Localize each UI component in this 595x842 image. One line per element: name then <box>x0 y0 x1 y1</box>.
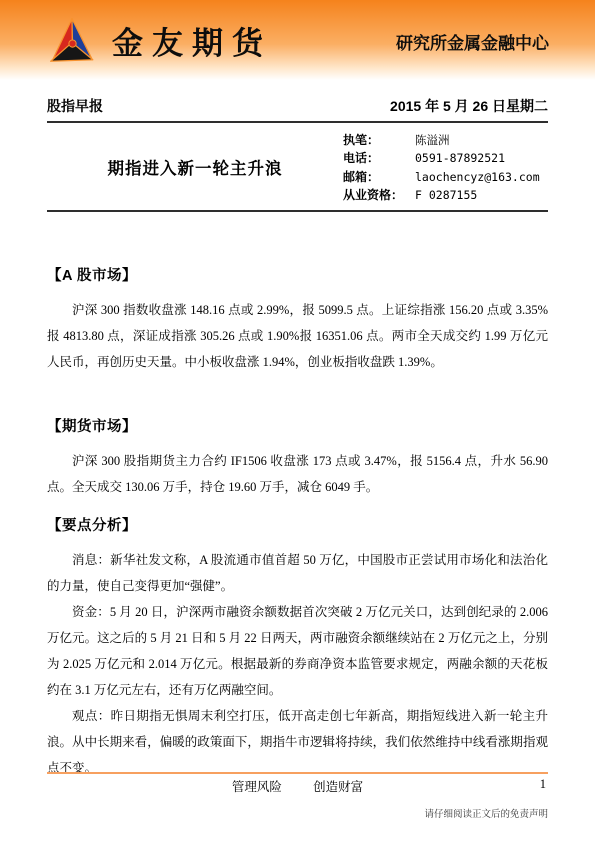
page-footer: 管理风险创造财富 1 请仔细阅读正文后的免责声明 <box>47 772 548 820</box>
license-value: F 0287155 <box>415 187 477 203</box>
author-value: 陈溢洲 <box>415 132 450 148</box>
footer-motto: 管理风险创造财富 <box>47 777 548 795</box>
section-heading-a-share: 【A 股市场】 <box>47 264 548 285</box>
author-label: 执笔： <box>343 132 405 148</box>
report-date: 2015 年 5 月 26 日星期二 <box>390 96 548 116</box>
license-label: 从业资格： <box>343 187 405 203</box>
department-name: 研究所金属金融中心 <box>396 29 549 54</box>
section-futures-market: 【期货市场】 沪深 300 股指期货主力合约 IF1506 收盘涨 173 点或… <box>47 415 548 500</box>
author-row: 执笔： 陈溢洲 <box>343 132 548 148</box>
phone-row: 电话： 0591-87892521 <box>343 150 548 166</box>
email-row: 邮箱： laochencyz@163.com <box>343 169 548 185</box>
phone-label: 电话： <box>343 150 405 166</box>
analysis-news-paragraph: 消息：新华社发文称，A 股流通市值首超 50 万亿，中国股市正尝试用市场化和法治… <box>47 547 548 599</box>
report-type-label: 股指早报 <box>47 96 103 116</box>
disclaimer-note: 请仔细阅读正文后的免责声明 <box>47 806 548 820</box>
report-title: 期指进入新一轮主升浪 <box>47 129 343 206</box>
company-logo-icon <box>46 15 98 67</box>
report-body: 股指早报 2015 年 5 月 26 日星期二 期指进入新一轮主升浪 执笔： 陈… <box>0 96 595 781</box>
company-name: 金友期货 <box>112 18 272 63</box>
brand: 金友期货 <box>46 13 272 67</box>
section-heading-analysis: 【要点分析】 <box>47 514 548 535</box>
analysis-funds-paragraph: 资金：5 月 20 日，沪深两市融资余额数据首次突破 2 万亿元关口，达到创纪录… <box>47 599 548 703</box>
author-info: 执笔： 陈溢洲 电话： 0591-87892521 邮箱： laochencyz… <box>343 129 548 206</box>
header-band: 金友期货 研究所金属金融中心 <box>0 0 595 80</box>
footer-row: 管理风险创造财富 1 <box>47 774 548 795</box>
license-row: 从业资格： F 0287155 <box>343 187 548 203</box>
analysis-view-paragraph: 观点：昨日期指无惧周末利空打压，低开高走创七年新高，期指短线进入新一轮主升浪。从… <box>47 703 548 781</box>
section-heading-futures: 【期货市场】 <box>47 415 548 436</box>
masthead: 股指早报 2015 年 5 月 26 日星期二 <box>47 96 548 123</box>
section-a-share-market: 【A 股市场】 沪深 300 指数收盘涨 148.16 点或 2.99%，报 5… <box>47 264 548 375</box>
title-info-block: 期指进入新一轮主升浪 执笔： 陈溢洲 电话： 0591-87892521 邮箱：… <box>47 123 548 212</box>
section-key-analysis: 【要点分析】 消息：新华社发文称，A 股流通市值首超 50 万亿，中国股市正尝试… <box>47 514 548 781</box>
footer-motto-risk: 管理风险 <box>232 777 282 795</box>
email-label: 邮箱： <box>343 169 405 185</box>
futures-paragraph: 沪深 300 股指期货主力合约 IF1506 收盘涨 173 点或 3.47%，… <box>47 448 548 500</box>
a-share-paragraph: 沪深 300 指数收盘涨 148.16 点或 2.99%，报 5099.5 点。… <box>47 297 548 375</box>
email-value: laochencyz@163.com <box>415 169 540 185</box>
footer-motto-wealth: 创造财富 <box>313 777 363 795</box>
page-number: 1 <box>540 777 546 792</box>
phone-value: 0591-87892521 <box>415 150 505 166</box>
report-page: 金友期货 研究所金属金融中心 股指早报 2015 年 5 月 26 日星期二 期… <box>0 0 595 842</box>
